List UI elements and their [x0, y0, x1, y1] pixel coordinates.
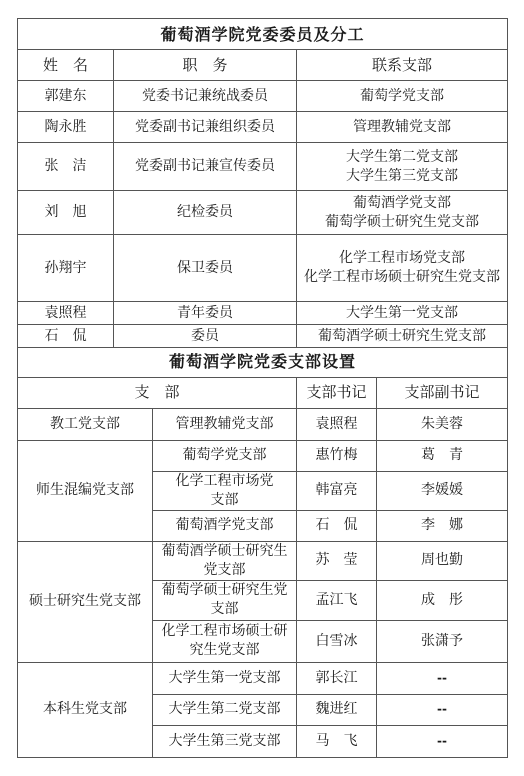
branch-secretary: 韩富亮 [297, 471, 377, 510]
member-position: 党委副书记兼宣传委员 [114, 143, 297, 191]
member-name: 陶永胜 [18, 112, 114, 143]
table-row: 本科生党支部 大学生第一党支部 郭长江 -- [18, 662, 508, 694]
table-row: 刘 旭 纪检委员 葡萄酒学党支部 葡萄学硕士研究生党支部 [18, 191, 508, 235]
branch-group: 本科生党支部 [18, 662, 153, 757]
branch-line: 葡萄学硕士研究生党支部 [297, 213, 507, 232]
branch-deputy: 周也勤 [377, 541, 508, 580]
branch-secretary: 惠竹梅 [297, 440, 377, 471]
table-row: 孙翔宇 保卫委员 化学工程市场党支部 化学工程市场硕士研究生党支部 [18, 235, 508, 302]
member-position: 青年委员 [114, 302, 297, 325]
header-name: 姓 名 [18, 50, 114, 81]
branch-deputy: 李媛媛 [377, 471, 508, 510]
branch-line: 化学工程市场硕士研究生党支部 [297, 268, 507, 287]
branch-deputy: 朱美蓉 [377, 408, 508, 440]
branch-line: 管理教辅党支部 [297, 118, 507, 137]
table-row: 硕士研究生党支部 葡萄酒学硕士研究生党支部 苏 莹 周也勤 [18, 541, 508, 580]
branch-secretary: 魏进红 [297, 694, 377, 725]
member-name: 孙翔宇 [18, 235, 114, 302]
table-row: 石 侃 委员 葡萄酒学硕士研究生党支部 [18, 325, 508, 348]
branch-name: 大学生第一党支部 [153, 662, 297, 694]
branch-name: 化学工程市场硕士研究生党支部 [153, 620, 297, 662]
branch-line: 大学生第二党支部 [297, 148, 507, 167]
table-row: 师生混编党支部 葡萄学党支部 惠竹梅 葛 青 [18, 440, 508, 471]
branch-table: 葡萄酒学院党委支部设置 支 部 支部书记 支部副书记 教工党支部 管理教辅党支部… [17, 347, 508, 758]
branch-name: 葡萄学硕士研究生党支部 [153, 580, 297, 620]
branch-deputy: -- [377, 725, 508, 757]
member-position: 委员 [114, 325, 297, 348]
branch-deputy: -- [377, 662, 508, 694]
member-name: 张 洁 [18, 143, 114, 191]
branch-deputy: 李 娜 [377, 510, 508, 541]
header-position: 职 务 [114, 50, 297, 81]
branch-group: 教工党支部 [18, 408, 153, 440]
branch-name: 葡萄酒学硕士研究生党支部 [153, 541, 297, 580]
member-position: 保卫委员 [114, 235, 297, 302]
header-branch: 联系支部 [297, 50, 508, 81]
branch-line: 葡萄酒学党支部 [297, 194, 507, 213]
branch-secretary: 郭长江 [297, 662, 377, 694]
branch-line: 葡萄学党支部 [297, 87, 507, 106]
branch-secretary: 白雪冰 [297, 620, 377, 662]
branch-name: 管理教辅党支部 [153, 408, 297, 440]
branch-secretary: 孟江飞 [297, 580, 377, 620]
branch-group: 师生混编党支部 [18, 440, 153, 541]
member-position: 党委副书记兼组织委员 [114, 112, 297, 143]
member-name: 袁照程 [18, 302, 114, 325]
member-name: 刘 旭 [18, 191, 114, 235]
branch-deputy: 葛 青 [377, 440, 508, 471]
member-branch: 葡萄学党支部 [297, 81, 508, 112]
branch-deputy: -- [377, 694, 508, 725]
branch-name: 葡萄酒学党支部 [153, 510, 297, 541]
branch-group: 硕士研究生党支部 [18, 541, 153, 662]
branch-secretary: 苏 莹 [297, 541, 377, 580]
member-branch: 化学工程市场党支部 化学工程市场硕士研究生党支部 [297, 235, 508, 302]
member-branch: 大学生第二党支部 大学生第三党支部 [297, 143, 508, 191]
committee-table-title: 葡萄酒学院党委委员及分工 [18, 19, 508, 50]
branch-line: 大学生第一党支部 [297, 304, 507, 323]
branch-secretary: 石 侃 [297, 510, 377, 541]
member-position: 纪检委员 [114, 191, 297, 235]
table-row: 张 洁 党委副书记兼宣传委员 大学生第二党支部 大学生第三党支部 [18, 143, 508, 191]
branch-deputy: 张潇予 [377, 620, 508, 662]
branch-name: 葡萄学党支部 [153, 440, 297, 471]
branch-name: 化学工程市场党支部 [153, 471, 297, 510]
member-branch: 管理教辅党支部 [297, 112, 508, 143]
member-branch: 大学生第一党支部 [297, 302, 508, 325]
member-name: 石 侃 [18, 325, 114, 348]
member-branch: 葡萄酒学党支部 葡萄学硕士研究生党支部 [297, 191, 508, 235]
table-row: 教工党支部 管理教辅党支部 袁照程 朱美蓉 [18, 408, 508, 440]
branch-secretary: 马 飞 [297, 725, 377, 757]
member-branch: 葡萄酒学硕士研究生党支部 [297, 325, 508, 348]
branch-secretary: 袁照程 [297, 408, 377, 440]
member-name: 郭建东 [18, 81, 114, 112]
table-row: 袁照程 青年委员 大学生第一党支部 [18, 302, 508, 325]
branch-line: 葡萄酒学硕士研究生党支部 [297, 327, 507, 346]
header-deputy: 支部副书记 [377, 377, 508, 408]
branch-line: 大学生第三党支部 [297, 167, 507, 186]
header-secretary: 支部书记 [297, 377, 377, 408]
branch-table-title: 葡萄酒学院党委支部设置 [18, 347, 508, 377]
branch-name: 大学生第二党支部 [153, 694, 297, 725]
branch-name: 大学生第三党支部 [153, 725, 297, 757]
branch-deputy: 成 彤 [377, 580, 508, 620]
table-row: 郭建东 党委书记兼统战委员 葡萄学党支部 [18, 81, 508, 112]
member-position: 党委书记兼统战委员 [114, 81, 297, 112]
branch-line: 化学工程市场党支部 [297, 249, 507, 268]
table-row: 陶永胜 党委副书记兼组织委员 管理教辅党支部 [18, 112, 508, 143]
committee-table: 葡萄酒学院党委委员及分工 姓 名 职 务 联系支部 郭建东 党委书记兼统战委员 … [17, 18, 508, 348]
header-branch: 支 部 [18, 377, 297, 408]
